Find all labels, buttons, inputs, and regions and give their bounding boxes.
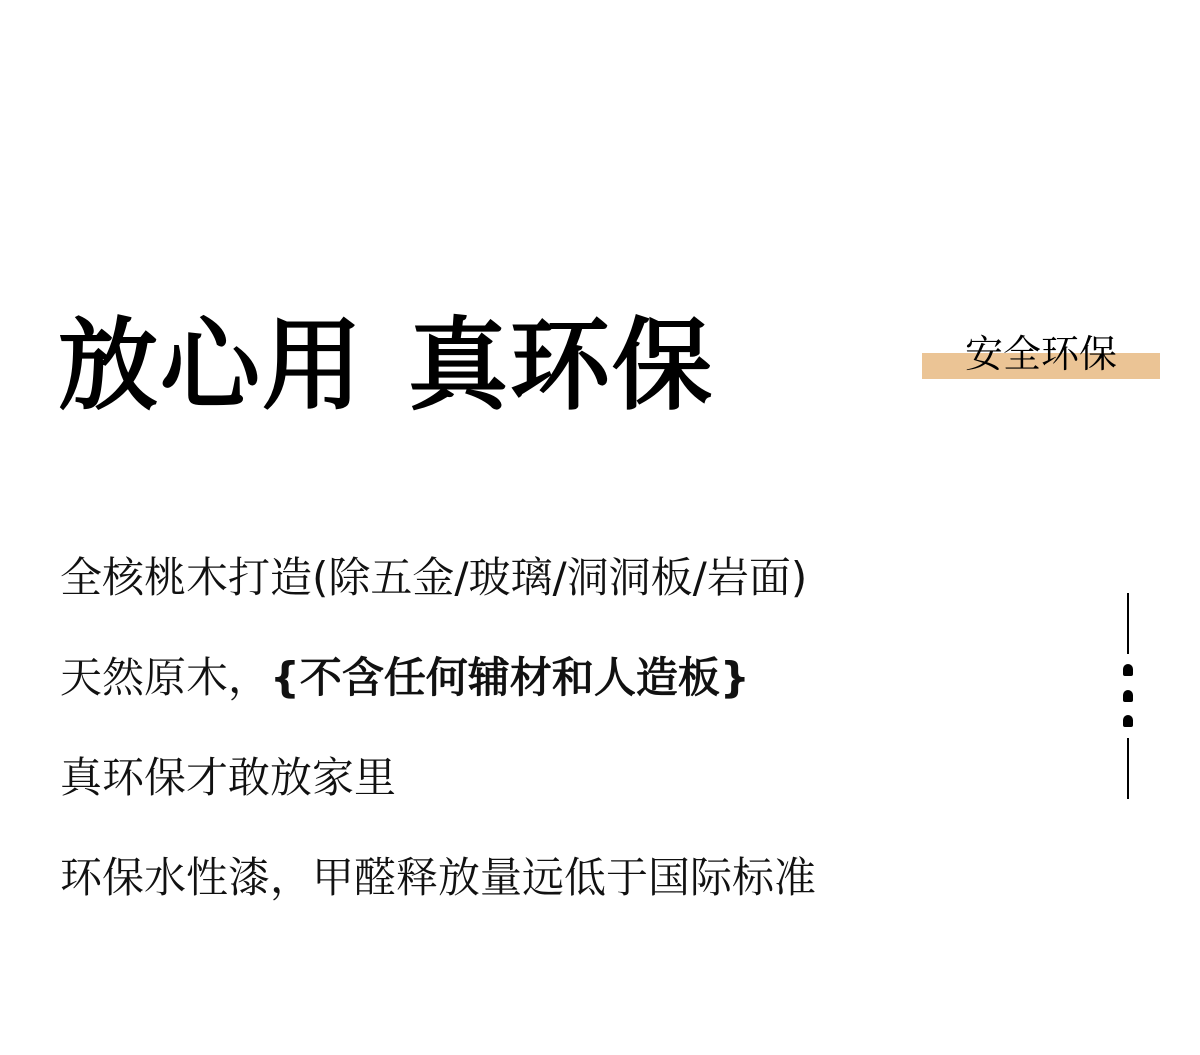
- tag-label: 安全环保: [922, 326, 1160, 382]
- feature-line-material: 全核桃木打造(除五金/玻璃/洞洞板/岩面): [60, 545, 816, 645]
- feature-emphasis: {不含任何辅材和人造板}: [270, 653, 750, 702]
- eco-tag: 安全环保: [922, 326, 1160, 380]
- feature-line-natural-wood: 天然原木，{不含任何辅材和人造板}: [60, 645, 816, 745]
- feature-line-eco: 真环保才敢放家里: [60, 745, 816, 845]
- dot-icon: [1123, 690, 1133, 702]
- page-title: 放心用真环保: [58, 300, 714, 430]
- title-part-1: 放心用: [58, 306, 364, 424]
- dot-icon: [1123, 664, 1133, 676]
- feature-line-paint: 环保水性漆，甲醛释放量远低于国际标准: [60, 845, 816, 945]
- vertical-dots-divider-icon: [1120, 593, 1136, 799]
- dot-icon: [1123, 715, 1133, 727]
- feature-prefix: 天然原木，: [60, 653, 270, 702]
- divider-line-top: [1127, 593, 1129, 654]
- title-part-2: 真环保: [408, 306, 714, 424]
- divider-line-bottom: [1127, 738, 1129, 799]
- feature-list: 全核桃木打造(除五金/玻璃/洞洞板/岩面) 天然原木，{不含任何辅材和人造板} …: [60, 545, 816, 945]
